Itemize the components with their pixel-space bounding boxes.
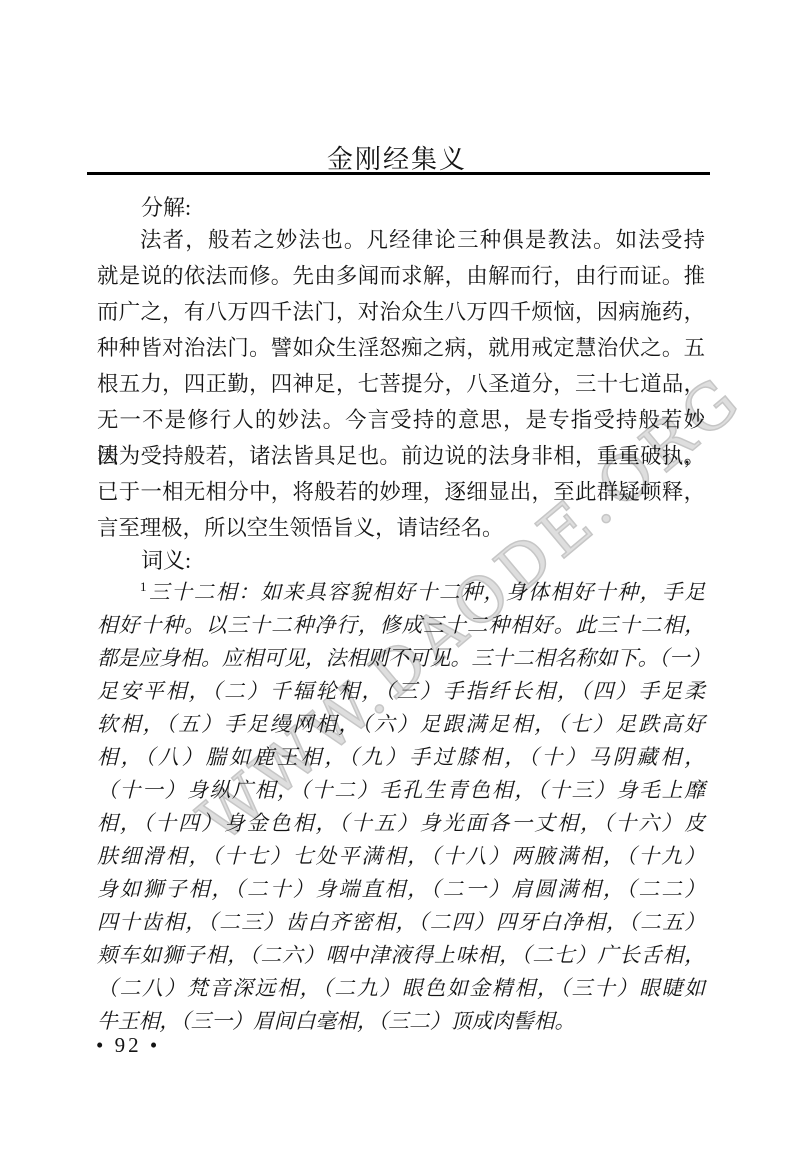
page-number: • 92 • xyxy=(96,1033,160,1058)
text-line: 颊车如狮子相，（二六）咽中津液得上味相，（二七）广长舌相， xyxy=(97,939,705,972)
text-line: 足安平相，（二）千辐轮相，（三）手指纤长相，（四）手足柔 xyxy=(97,675,705,708)
text-line: 已于一相无相分中，将般若的妙理，逐细显出，至此群疑顿释， xyxy=(97,474,705,510)
text-line: 言至理极，所以空生领悟旨义，请诘经名。 xyxy=(97,510,705,546)
paragraph-fenjie: 法者，般若之妙法也。凡经律论三种俱是教法。如法受持 就是说的依法而修。先由多闻而… xyxy=(97,222,705,546)
text-line: 身如狮子相，（二十）身端直相，（二一）肩圆满相，（二二） xyxy=(97,873,705,906)
text-line: 而广之，有八万四千法门，对治众生八万四千烦恼，因病施药， xyxy=(97,294,705,330)
text-line: （二八）梵音深远相，（二九）眼色如金精相，（三十）眼睫如 xyxy=(97,972,705,1005)
section-heading-fenjie: 分解: xyxy=(97,191,705,222)
paragraph-ciyi: 1三十二相：如来具容貌相好十二种，身体相好十种，手足 相好十种。以三十二种净行，… xyxy=(97,576,705,1038)
text-line: （十一）身纵广相，（十二）毛孔生青色相，（十三）身毛上靡 xyxy=(97,774,705,807)
text-line: 法者，般若之妙法也。凡经律论三种俱是教法。如法受持 xyxy=(97,222,705,258)
text-line: 相，（十四）身金色相，（十五）身光面各一丈相，（十六）皮 xyxy=(97,807,705,840)
footnote-marker: 1 xyxy=(140,579,147,594)
text-line: 软相，（五）手足缦网相，（六）足跟满足相，（七）足跌高好 xyxy=(97,708,705,741)
document-page: WWW.DAODE.ORG 金刚经集义 分解: 法者，般若之妙法也。凡经律论三种… xyxy=(0,0,794,1149)
page-header-title: 金刚经集义 xyxy=(0,139,794,176)
text-line: 牛王相，（三一）眉间白毫相，（三二）顶成肉髻相。 xyxy=(97,1005,705,1038)
text-line: 相，（八）腨如鹿王相，（九）手过膝相，（十）马阴藏相， xyxy=(97,741,705,774)
text-line: 因为受持般若，诸法皆具足也。前边说的法身非相，重重破执， xyxy=(97,438,705,474)
text-line: 肤细滑相，（十七）七处平满相，（十八）两腋满相，（十九） xyxy=(97,840,705,873)
text-line: 四十齿相，（二三）齿白齐密相，（二四）四牙白净相，（二五） xyxy=(97,906,705,939)
section-heading-ciyi: 词义: xyxy=(97,544,705,575)
text-line: 无一不是修行人的妙法。今言受持的意思，是专指受持般若妙法。 xyxy=(97,402,705,438)
text-line: 种种皆对治法门。譬如众生淫怒痴之病，就用戒定慧治伏之。五 xyxy=(97,330,705,366)
header-rule xyxy=(87,172,710,175)
text-line: 都是应身相。应相可见，法相则不可见。三十二相名称如下。（一） xyxy=(97,642,705,675)
text-line: 相好十种。以三十二种净行，修成三十二种相好。此三十二相， xyxy=(97,609,705,642)
text-line: 1三十二相：如来具容貌相好十二种，身体相好十种，手足 xyxy=(97,576,705,609)
text-line: 就是说的依法而修。先由多闻而求解，由解而行，由行而证。推 xyxy=(97,258,705,294)
text-line-body: 三十二相：如来具容貌相好十二种，身体相好十种，手足 xyxy=(148,581,706,604)
text-line: 根五力，四正勤，四神足，七菩提分，八圣道分，三十七道品， xyxy=(97,366,705,402)
